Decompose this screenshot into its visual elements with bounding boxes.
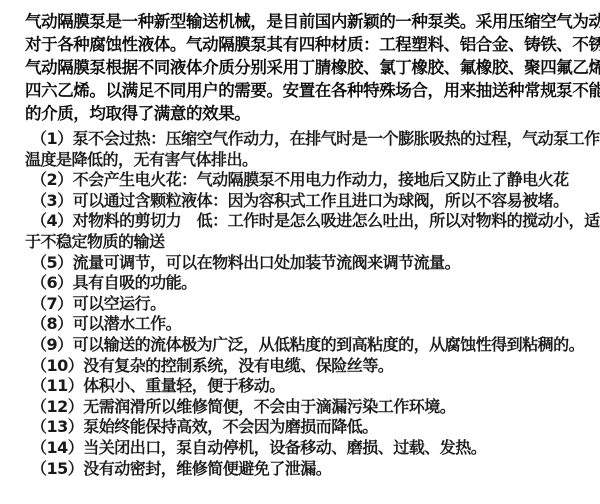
intro-paragraph: 气动隔膜泵是一种新型输送机械，是目前国内新颖的一种泵类。采用压缩空气为动力源， … (25, 10, 595, 125)
feature-item-14: （14）当关闭出口，泵自动停机，设备移动、磨损、过载、发热。 (25, 438, 595, 459)
feature-item-6: （6）具有自吸的功能。 (25, 273, 595, 294)
feature-list: （1）泵不会过热：压缩空气作动力，在排气时是一个膨胀吸热的过程，气动泵工作时 温… (25, 129, 595, 479)
feature-item-1-continuation: 温度是降低的，无有害气体排出。 (25, 150, 595, 171)
feature-item-11: （11）体积小、重量轻，便于移动。 (25, 376, 595, 397)
intro-line: 的介质，均取得了满意的效果。 (25, 102, 595, 125)
feature-item-15: （15）没有动密封，维修简便避免了泄漏。 (25, 459, 595, 480)
feature-item-12: （12）无需润滑所以维修简便，不会由于滴漏污染工作环境。 (25, 397, 595, 418)
feature-item-7: （7）可以空运行。 (25, 294, 595, 315)
feature-item-4-continuation: 于不稳定物质的输送 (25, 232, 595, 253)
intro-line: 对于各种腐蚀性液体。气动隔膜泵其有四种材质：工程塑料、铝合金、铸铁、不锈钢。 (25, 33, 595, 56)
feature-item-5: （5）流量可调节，可以在物料出口处加装节流阀来调节流量。 (25, 253, 595, 274)
feature-item-2: （2）不会产生电火花：气动隔膜泵不用电力作动力，接地后又防止了静电火花 (25, 170, 595, 191)
feature-item-9: （9）可以输送的流体极为广泛，从低粘度的到高粘度的，从腐蚀性得到粘稠的。 (25, 335, 595, 356)
feature-item-8: （8）可以潜水工作。 (25, 314, 595, 335)
feature-item-3: （3）可以通过含颗粒液体：因为容积式工作且进口为球阀，所以不容易被堵。 (25, 191, 595, 212)
feature-item-10: （10）没有复杂的控制系统，没有电缆、保险丝等。 (25, 356, 595, 377)
intro-line: 气动隔膜泵是一种新型输送机械，是目前国内新颖的一种泵类。采用压缩空气为动力源， (25, 10, 595, 33)
intro-line: 气动隔膜泵根据不同液体介质分别采用丁腈橡胶、氯丁橡胶、氟橡胶、聚四氟乙烯、聚 (25, 56, 595, 79)
intro-line: 四六乙烯。以满足不同用户的需要。安置在各种特殊场合，用来抽送种常规泵不能抽吸 (25, 79, 595, 102)
feature-item-4: （4）对物料的剪切力 低：工作时是怎么吸进怎么吐出，所以对物料的搅动小，适用 (25, 211, 595, 232)
feature-item-13: （13）泵始终能保持高效，不会因为磨损而降低。 (25, 417, 595, 438)
feature-item-1: （1）泵不会过热：压缩空气作动力，在排气时是一个膨胀吸热的过程，气动泵工作时 (25, 129, 595, 150)
